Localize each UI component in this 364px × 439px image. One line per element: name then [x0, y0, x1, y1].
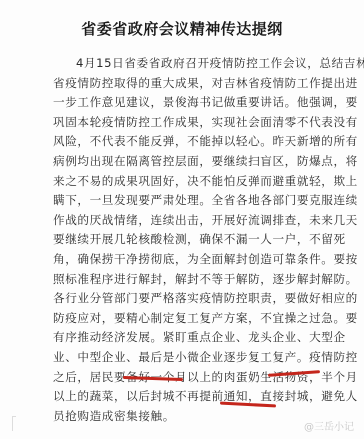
text-line: 作战的厌战情绪，连续出击，开展好流调排查，未来几天 [53, 211, 309, 231]
text-line: 4月15日省委省政府召开疫情防控工作会议，总结吉林 [53, 54, 309, 74]
text-line: 员抢购造成密集接触。 [53, 407, 309, 427]
text-line: 角，确保捞干净捞彻底，为全面解封创造可靠条件。要按 [53, 250, 309, 270]
text-line: 巩固本轮疫情防控工作成果，实现社会面清零不代表没有 [53, 113, 309, 133]
text-line: 业、中型企业、最后是小微企业逐步复工复产。疫情防控 [53, 348, 309, 368]
text-line: 有序推动经济发展。紧盯重点企业、龙头企业、大型企 [53, 328, 309, 348]
text-line: 病例均出现在隔离管控层面，要继续扫盲区，防爆点，将 [53, 152, 309, 172]
text-line: 风险，不代表不能反弹，不能掉以轻心。昨天新增的所有 [53, 132, 309, 152]
page-corner-mark [12, 416, 16, 431]
text-line: 防疫应对，要精心制定复工复产方案，不宜操之过急。要 [53, 309, 309, 329]
text-line: 一步工作意见建议，景俊海书记做重要讲话。他强调，要 [53, 93, 309, 113]
document-body: 4月15日省委省政府召开疫情防控工作会议，总结吉林 省疫情防控取得的重大成果，对… [53, 54, 309, 426]
text-line: 要继续开展几轮核酸检测，确保不漏一人一户，不留死 [53, 230, 309, 250]
document-title: 省委省政府会议精神传达提纲 [0, 18, 364, 39]
text-line: 瞒下，一旦发现要严肃处理。全省各地各部门要克服连续 [53, 191, 309, 211]
weibo-watermark: @三岳小记 [304, 418, 354, 433]
text-line: 各行业分管部门要严格落实疫情防控职责，要做好相应的 [53, 289, 309, 309]
text-line: 照标准程序进行解封，解封不等于解防，逐步解封解防。 [53, 270, 309, 290]
text-line: 省疫情防控取得的重大成果，对吉林省疫情防工作提出进 [53, 74, 309, 94]
text-line: 来之不易的成果巩固好，决不能怕反弹而避重就轻，欺上 [53, 172, 309, 192]
